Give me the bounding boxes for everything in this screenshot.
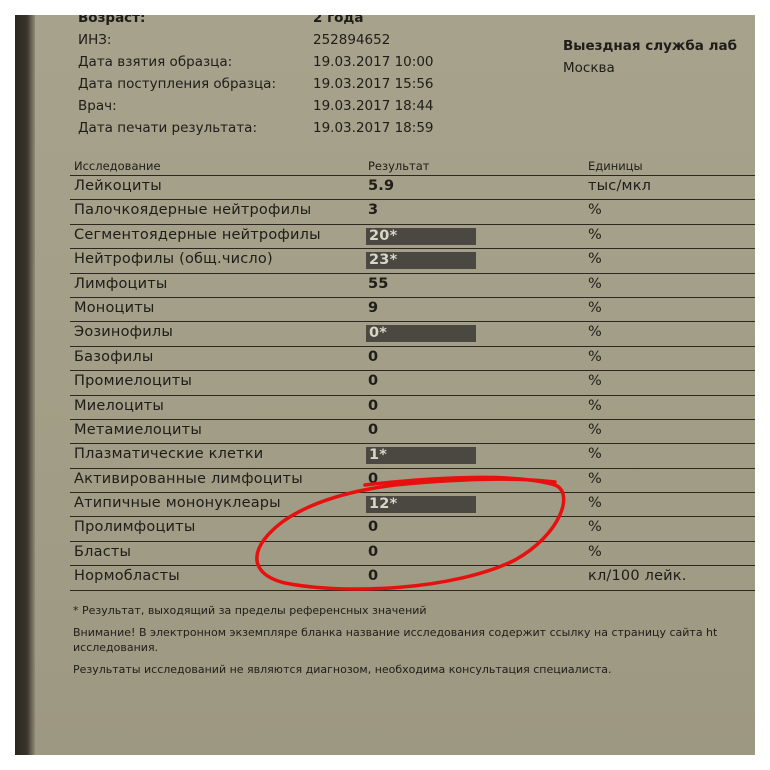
table-row: Сегментоядерные нейтрофилы20*% xyxy=(70,225,755,249)
photo-shadow-edge xyxy=(15,15,35,755)
units: % xyxy=(588,422,602,438)
column-header-units: Единицы xyxy=(588,159,643,173)
table-row: Лимфоциты55% xyxy=(70,274,755,298)
units: % xyxy=(588,202,602,218)
units: % xyxy=(588,251,602,267)
test-name: Лимфоциты xyxy=(74,276,168,292)
units: % xyxy=(588,495,602,511)
result-value: 0 xyxy=(368,398,378,414)
info-label: Дата поступления образца: xyxy=(78,73,313,95)
test-name: Бласты xyxy=(74,544,131,560)
flagged-result: 23* xyxy=(366,252,476,269)
info-label: Дата печати результата: xyxy=(78,117,313,139)
result-value: 5.9 xyxy=(368,178,394,194)
test-name: Эозинофилы xyxy=(74,324,173,340)
result-value: 9 xyxy=(368,300,378,316)
units: % xyxy=(588,373,602,389)
report-notes: * Результат, выходящий за пределы рефере… xyxy=(73,603,755,684)
table-row: Нормобласты0кл/100 лейк. xyxy=(70,566,755,590)
result-value: 3 xyxy=(368,202,378,218)
units: тыс/мкл xyxy=(588,178,651,194)
info-value: 19.03.2017 18:44 xyxy=(313,95,434,117)
flagged-result: 0* xyxy=(366,325,476,342)
test-name: Моноциты xyxy=(74,300,155,316)
result-value: 0 xyxy=(368,471,378,487)
units: % xyxy=(588,349,602,365)
flagged-result: 12* xyxy=(366,496,476,513)
table-row: Бласты0% xyxy=(70,542,755,566)
table-row: Базофилы0% xyxy=(70,347,755,371)
flagged-result: 1* xyxy=(366,447,476,464)
test-name: Сегментоядерные нейтрофилы xyxy=(74,227,321,243)
units: % xyxy=(588,227,602,243)
info-label: Врач: xyxy=(78,95,313,117)
table-row: Моноциты9% xyxy=(70,298,755,322)
test-name: Палочкоядерные нейтрофилы xyxy=(74,202,311,218)
units: % xyxy=(588,276,602,292)
info-value: 2 года xyxy=(313,15,363,29)
result-value: 55 xyxy=(368,276,389,292)
test-name: Активированные лимфоциты xyxy=(74,471,303,487)
test-name: Промиелоциты xyxy=(74,373,192,389)
table-row: Эозинофилы0*% xyxy=(70,322,755,346)
test-name: Атипичные мононуклеары xyxy=(74,495,281,511)
lab-name: Выездная служба лаб xyxy=(563,35,737,57)
info-value: 19.03.2017 15:56 xyxy=(313,73,434,95)
footnote: * Результат, выходящий за пределы рефере… xyxy=(73,603,755,618)
result-value: 0 xyxy=(368,422,378,438)
units: % xyxy=(588,544,602,560)
table-row: Активированные лимфоциты0% xyxy=(70,469,755,493)
table-header: Исследование Результат Единицы xyxy=(70,157,755,176)
disclaimer: Результаты исследований не являются диаг… xyxy=(73,662,755,677)
column-header-result: Результат xyxy=(368,159,430,173)
test-name: Метамиелоциты xyxy=(74,422,202,438)
units: % xyxy=(588,398,602,414)
units: кл/100 лейк. xyxy=(588,568,687,584)
table-row: Палочкоядерные нейтрофилы3% xyxy=(70,200,755,224)
table-row: Промиелоциты0% xyxy=(70,371,755,395)
units: % xyxy=(588,300,602,316)
column-header-test: Исследование xyxy=(74,159,161,173)
lab-city: Москва xyxy=(563,57,737,79)
result-value: 0 xyxy=(368,544,378,560)
lab-report-page: Возраст:2 годаИНЗ:252894652Дата взятия о… xyxy=(15,15,755,755)
table-body: Лейкоциты5.9тыс/мклПалочкоядерные нейтро… xyxy=(70,176,755,591)
attention-line-2: исследования. xyxy=(73,640,755,655)
table-row: Лейкоциты5.9тыс/мкл xyxy=(70,176,755,200)
info-value: 19.03.2017 10:00 xyxy=(313,51,434,73)
flagged-result: 20* xyxy=(366,228,476,245)
info-value: 19.03.2017 18:59 xyxy=(313,117,434,139)
test-name: Миелоциты xyxy=(74,398,164,414)
table-row: Атипичные мононуклеары12*% xyxy=(70,493,755,517)
units: % xyxy=(588,446,602,462)
info-label: ИНЗ: xyxy=(78,29,313,51)
table-row: Нейтрофилы (общ.число)23*% xyxy=(70,249,755,273)
table-row: Метамиелоциты0% xyxy=(70,420,755,444)
units: % xyxy=(588,324,602,340)
table-row: Миелоциты0% xyxy=(70,396,755,420)
units: % xyxy=(588,471,602,487)
table-row: Плазматические клетки1*% xyxy=(70,444,755,468)
attention-note: Внимание! В электронном экземпляре бланк… xyxy=(73,625,755,655)
attention-line-1: Внимание! В электронном экземпляре бланк… xyxy=(73,625,755,640)
result-value: 0 xyxy=(368,373,378,389)
info-value: 252894652 xyxy=(313,29,390,51)
result-value: 0 xyxy=(368,349,378,365)
result-value: 0 xyxy=(368,519,378,535)
document-photo: Возраст:2 годаИНЗ:252894652Дата взятия о… xyxy=(15,15,755,755)
table-row: Пролимфоциты0% xyxy=(70,517,755,541)
units: % xyxy=(588,519,602,535)
test-name: Лейкоциты xyxy=(74,178,162,194)
test-name: Пролимфоциты xyxy=(74,519,195,535)
results-table: Исследование Результат Единицы Лейкоциты… xyxy=(70,157,755,591)
lab-info: Выездная служба лаб Москва xyxy=(563,35,737,79)
info-label: Дата взятия образца: xyxy=(78,51,313,73)
test-name: Нормобласты xyxy=(74,568,180,584)
info-label: Возраст: xyxy=(78,15,313,29)
result-value: 0 xyxy=(368,568,378,584)
test-name: Нейтрофилы (общ.число) xyxy=(74,251,273,267)
test-name: Плазматические клетки xyxy=(74,446,263,462)
test-name: Базофилы xyxy=(74,349,154,365)
